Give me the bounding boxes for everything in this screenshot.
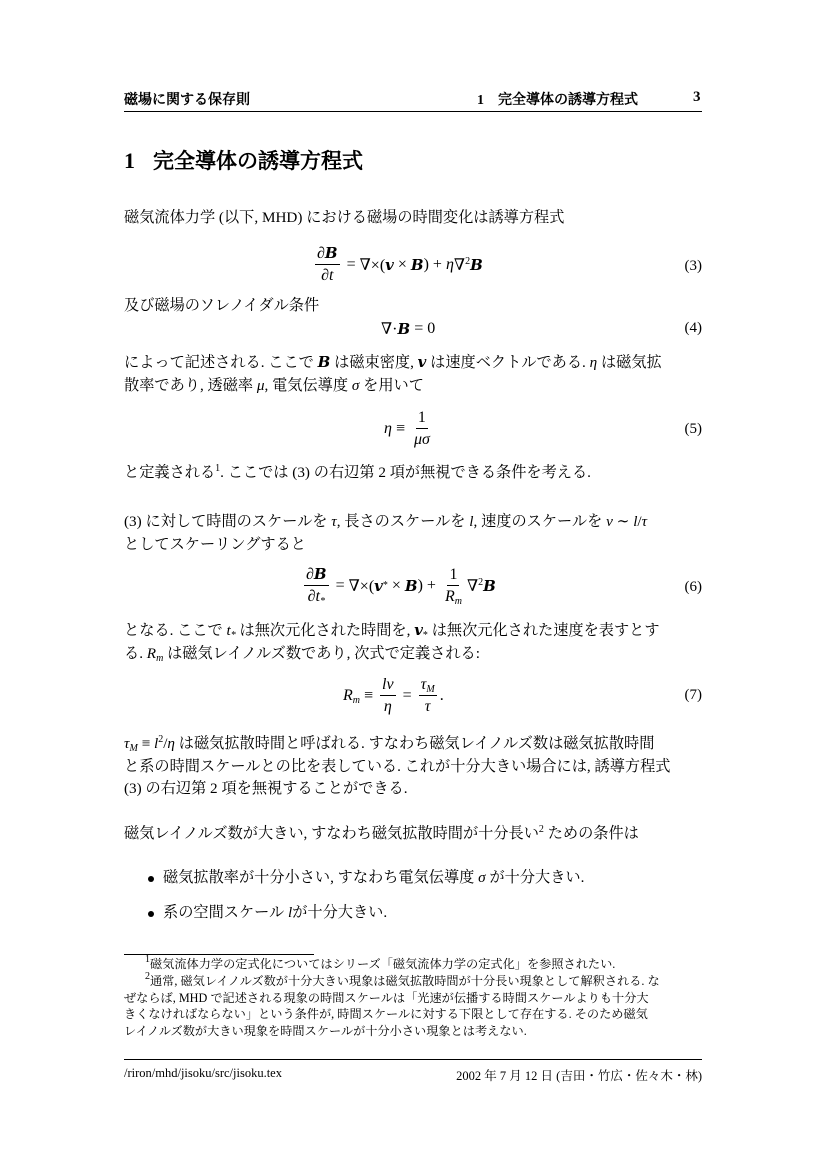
text: , 電気伝導度 — [265, 377, 349, 394]
text: 磁気流体力学の定式化についてはシリーズ「磁気流体力学の定式化」を参照されたい. — [150, 957, 615, 971]
bullet-icon — [148, 911, 154, 917]
paragraph-defined: と定義される1. ここでは (3) の右辺第 2 項が無視できる条件を考える. — [124, 462, 591, 485]
equation-number-7: (7) — [685, 687, 703, 704]
footnote-2: 2通常, 磁気レイノルズ数が十分大きい現象は磁気拡散時間が十分長い現象として解釈… — [124, 973, 660, 1040]
text: は磁気拡 — [601, 354, 662, 371]
text: が十分大きい. — [292, 904, 387, 921]
footer-date-authors: 2002 年 7 月 12 日 (吉田・竹広・佐々木・林) — [456, 1066, 702, 1084]
section-title: 完全導体の誘導方程式 — [153, 149, 363, 173]
footnote-rule — [124, 954, 314, 955]
equation-7: Rm≡lvη=τMτ. — [343, 675, 444, 716]
paragraph-diffusion-time: τM ≡ l2/η は磁気拡散時間と呼ばれる. すなわち磁気レイノルズ数は磁気拡… — [124, 733, 670, 801]
header-section-number: 1 — [477, 93, 484, 108]
text: , 速度のスケールを — [474, 513, 603, 530]
text: ための条件は — [544, 825, 639, 842]
equation-number-5: (5) — [685, 421, 703, 438]
text: . ここでは (3) の右辺第 2 項が無視できる条件を考える. — [220, 464, 591, 481]
paragraph-conditions: 磁気レイノルズ数が大きい, すなわち磁気拡散時間が十分長い2 ための条件は — [124, 823, 639, 846]
text: は磁気レイノルズ数であり, 次式で定義される: — [167, 645, 480, 662]
text: る. — [124, 645, 143, 662]
text: (3) に対して時間のスケールを — [124, 513, 327, 530]
text: によって記述される. ここで — [124, 354, 314, 371]
bullet-icon — [148, 876, 154, 882]
header-rule — [124, 111, 702, 112]
text: 磁気拡散率が十分小さい, すなわち電気伝導度 — [163, 869, 474, 886]
text: は無次元化された速度を表すとす — [432, 622, 660, 639]
section-number: 1 — [124, 148, 135, 173]
paragraph-solenoidal: 及び磁場のソレノイダル条件 — [124, 295, 319, 318]
text: ぜならば, MHD で記述される現象の時間スケールは「光速が伝播する時間スケール… — [124, 991, 649, 1005]
footer-path: /riron/mhd/jisoku/src/jisoku.tex — [124, 1066, 282, 1081]
text: 磁気レイノルズ数が大きい, すなわち磁気拡散時間が十分長い — [124, 825, 539, 842]
text: , 長さのスケールを — [337, 513, 466, 530]
text: (3) の右辺第 2 項を無視することができる. — [124, 780, 408, 797]
text: としてスケーリングすると — [124, 536, 306, 553]
equation-4: ∇·B=0 — [381, 319, 435, 339]
text: は無次元化された時間を, — [240, 622, 411, 639]
section-heading: 1完全導体の誘導方程式 — [124, 145, 363, 175]
text: は磁束密度, — [334, 354, 414, 371]
header-section-title: 完全導体の誘導方程式 — [498, 92, 638, 108]
page-number: 3 — [693, 89, 701, 106]
text: きくなければならない」という条件が, 時間スケールに対する下限として存在する. … — [124, 1007, 648, 1021]
text: は磁気拡散時間と呼ばれる. すなわち磁気レイノルズ数は磁気拡散時間 — [179, 735, 655, 752]
list-item: 磁気拡散率が十分小さい, すなわち電気伝導度 σ が十分大きい. — [163, 867, 584, 890]
equation-number-3: (3) — [685, 258, 703, 275]
equation-number-4: (4) — [685, 320, 703, 337]
text: は速度ベクトルである. — [430, 354, 586, 371]
paragraph-scaling: (3) に対して時間のスケールを τ, 長さのスケールを l, 速度のスケールを… — [124, 511, 647, 556]
list-item: 系の空間スケール lが十分大きい. — [163, 902, 387, 925]
text: となる. ここで — [124, 622, 223, 639]
paragraph-nondim: となる. ここで t* は無次元化された時間を, v* は無次元化された速度を表… — [124, 619, 660, 665]
running-header-left: 磁場に関する保存則 — [124, 89, 250, 109]
footnote-1: 1磁気流体力学の定式化についてはシリーズ「磁気流体力学の定式化」を参照されたい. — [145, 956, 615, 973]
text: と定義される — [124, 464, 215, 481]
text: 散率であり, 透磁率 — [124, 377, 253, 394]
running-header-section: 1完全導体の誘導方程式 — [477, 89, 638, 109]
equation-5: η≡1μσ — [384, 408, 435, 449]
equation-number-6: (6) — [685, 579, 703, 596]
paragraph-intro: 磁気流体力学 (以下, MHD) における磁場の時間変化は誘導方程式 — [124, 207, 564, 230]
text: 通常, 磁気レイノルズ数が十分大きい現象は磁気拡散時間が十分長い現象として解釈さ… — [150, 974, 660, 988]
footer-rule — [124, 1059, 702, 1060]
equation-3: ∂B∂t =∇×(v×B)+η∇2B — [312, 244, 483, 285]
text: を用いて — [363, 377, 424, 394]
text: レイノルズ数が大きい現象を時間スケールが十分小さい現象とは考えない. — [124, 1024, 527, 1038]
text: 系の空間スケール — [163, 904, 284, 921]
equation-6: ∂B∂t* =∇×(v*×B)+1Rm∇2B — [301, 565, 496, 606]
paragraph-definitions: によって記述される. ここで B は磁束密度, v は速度ベクトルである. η … — [124, 351, 662, 397]
symbol: σ — [478, 869, 486, 886]
text: と系の時間スケールとの比を表している. これが十分大きい場合には, 誘導方程式 — [124, 758, 670, 775]
text: が十分大きい. — [489, 869, 584, 886]
